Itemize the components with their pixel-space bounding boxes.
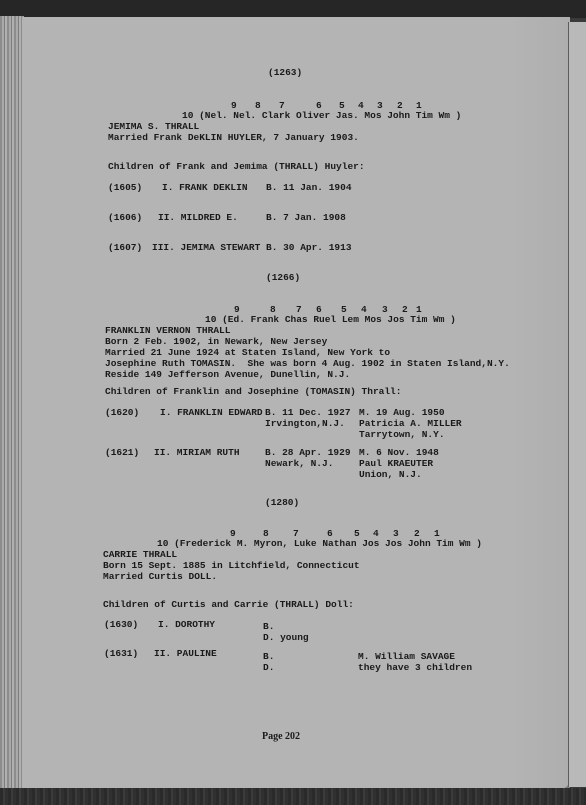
child-id: (1621) — [105, 447, 139, 459]
child-name: I. FRANK DEKLIN — [162, 182, 248, 194]
page-number: Page 202 — [262, 731, 300, 743]
child-note: they have 3 children — [358, 662, 472, 674]
child-name: II. PAULINE — [154, 648, 217, 660]
child-id: (1630) — [104, 619, 138, 631]
child-id: (1620) — [105, 407, 139, 419]
child-birth: B. 11 Jan. 1904 — [266, 182, 352, 194]
child-id: (1631) — [104, 648, 138, 660]
child-birth-place: Irvington,N.J. — [265, 418, 345, 430]
child-name: III. JEMIMA STEWART — [152, 242, 260, 254]
child-name: I. FRANKLIN EDWARD — [160, 407, 263, 419]
children-heading: Children of Franklin and Josephine (TOMA… — [105, 386, 401, 398]
child-birth-place: Newark, N.J. — [265, 458, 333, 470]
lineage-line: 10 (Frederick M. Myron, Luke Nathan Jos … — [157, 538, 482, 550]
child-marriage-place: Union, N.J. — [359, 469, 422, 481]
child-name: II. MILDRED E. — [158, 212, 238, 224]
person-detail: Reside 149 Jefferson Avenue, Dunellin, N… — [105, 369, 350, 381]
child-death: D. — [263, 662, 274, 674]
page-content: (1263) 9 8 7 6 5 4 3 2 1 10 (Nel. Nel. C… — [0, 0, 586, 805]
entry-ref: (1266) — [266, 272, 300, 284]
child-id: (1607) — [108, 242, 142, 254]
children-heading: Children of Curtis and Carrie (THRALL) D… — [103, 599, 354, 611]
child-death: D. young — [263, 632, 309, 644]
child-marriage-place: Tarrytown, N.Y. — [359, 429, 445, 441]
person-detail: Married Frank DeKLIN HUYLER, 7 January 1… — [108, 132, 359, 144]
child-birth: B. 30 Apr. 1913 — [266, 242, 352, 254]
person-detail: Married Curtis DOLL. — [103, 571, 217, 583]
lineage-line: 10 (Nel. Nel. Clark Oliver Jas. Mos John… — [182, 110, 461, 122]
child-birth: B. 7 Jan. 1908 — [266, 212, 346, 224]
child-id: (1606) — [108, 212, 142, 224]
entry-ref: (1263) — [268, 67, 302, 79]
entry-ref: (1280) — [265, 497, 299, 509]
lineage-line: 10 (Ed. Frank Chas Ruel Lem Mos Jos Tim … — [205, 314, 456, 326]
child-id: (1605) — [108, 182, 142, 194]
child-name: I. DOROTHY — [158, 619, 215, 631]
children-heading: Children of Frank and Jemima (THRALL) Hu… — [108, 161, 365, 173]
child-name: II. MIRIAM RUTH — [154, 447, 240, 459]
